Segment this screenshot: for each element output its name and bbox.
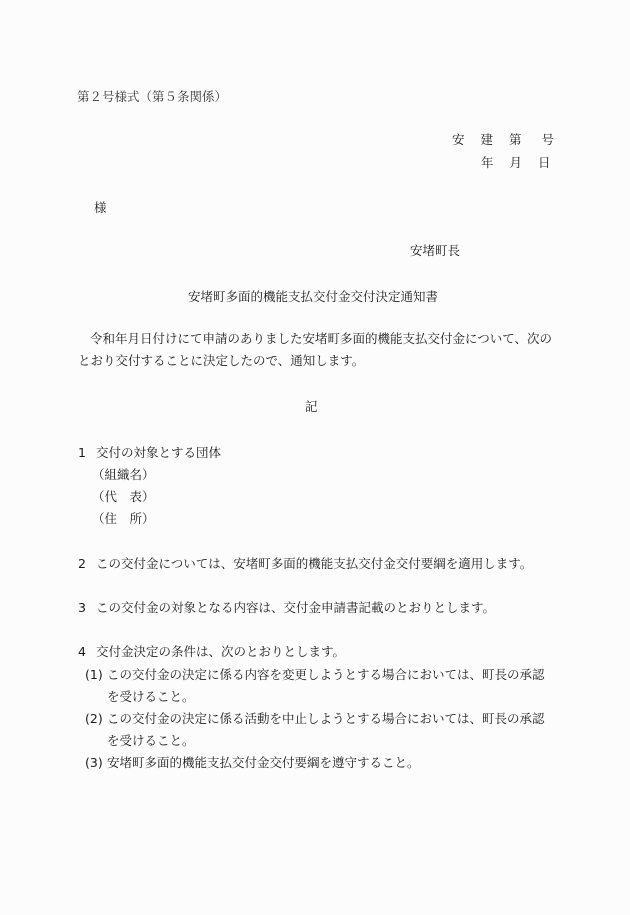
- item-number: 1: [78, 445, 92, 460]
- sub-representative: （代 表）: [92, 487, 155, 505]
- item-3: 3 この交付金の対象となる内容は、交付金申請書記載のとおりとします。: [78, 598, 495, 616]
- item-1: 1 交付の対象とする団体: [78, 443, 221, 461]
- reference-number: 安 建 第号: [452, 130, 560, 148]
- item-text: この交付金の対象となる内容は、交付金申請書記載のとおりとします。: [96, 600, 495, 615]
- condition-text: 安堵町多面的機能支払交付金交付要綱を遵守すること。: [107, 752, 555, 774]
- condition-1: (1) この交付金の決定に係る内容を変更しようとする場合においては、町長の承認を…: [85, 664, 555, 708]
- item-text: 交付の対象とする団体: [96, 445, 221, 460]
- item-number: 4: [78, 644, 92, 659]
- condition-text: この交付金の決定に係る内容を変更しようとする場合においては、町長の承認を受けるこ…: [107, 664, 555, 708]
- issue-date: 年 月 日: [481, 153, 556, 171]
- item-text: 交付金決定の条件は、次のとおりとします。: [96, 644, 345, 659]
- body-text: 令和年月日付けにて申請のありました安堵町多面的機能支払交付金について、次のとおり…: [78, 331, 552, 368]
- item-text: この交付金については、安堵町多面的機能支払交付金交付要綱を適用します。: [96, 556, 532, 571]
- sub-organization: （組織名）: [92, 465, 155, 483]
- reference-prefix: 安 建 第: [452, 132, 527, 147]
- condition-2: (2) この交付金の決定に係る活動を中止しようとする場合においては、町長の承認を…: [85, 708, 555, 752]
- item-4: 4 交付金決定の条件は、次のとおりとします。: [78, 642, 345, 660]
- condition-number: (2): [85, 708, 103, 730]
- sender: 安堵町長: [410, 241, 460, 259]
- condition-3: (3) 安堵町多面的機能支払交付金交付要綱を遵守すること。: [85, 752, 555, 774]
- addressee: 様: [94, 198, 107, 216]
- body-paragraph: 令和年月日付けにて申請のありました安堵町多面的機能支払交付金について、次のとおり…: [78, 328, 553, 372]
- condition-text: この交付金の決定に係る活動を中止しようとする場合においては、町長の承認を受けるこ…: [107, 708, 555, 752]
- condition-number: (3): [85, 752, 103, 774]
- condition-number: (1): [85, 664, 103, 686]
- item-number: 2: [78, 556, 92, 571]
- ki-heading: 記: [305, 397, 318, 415]
- item-2: 2 この交付金については、安堵町多面的機能支払交付金交付要綱を適用します。: [78, 554, 532, 572]
- reference-suffix: 号: [541, 132, 560, 147]
- document-title: 安堵町多面的機能支払交付金交付決定通知書: [188, 287, 438, 305]
- item-number: 3: [78, 600, 92, 615]
- sub-address: （住 所）: [92, 509, 155, 527]
- form-label: 第２号様式（第５条関係）: [77, 87, 227, 105]
